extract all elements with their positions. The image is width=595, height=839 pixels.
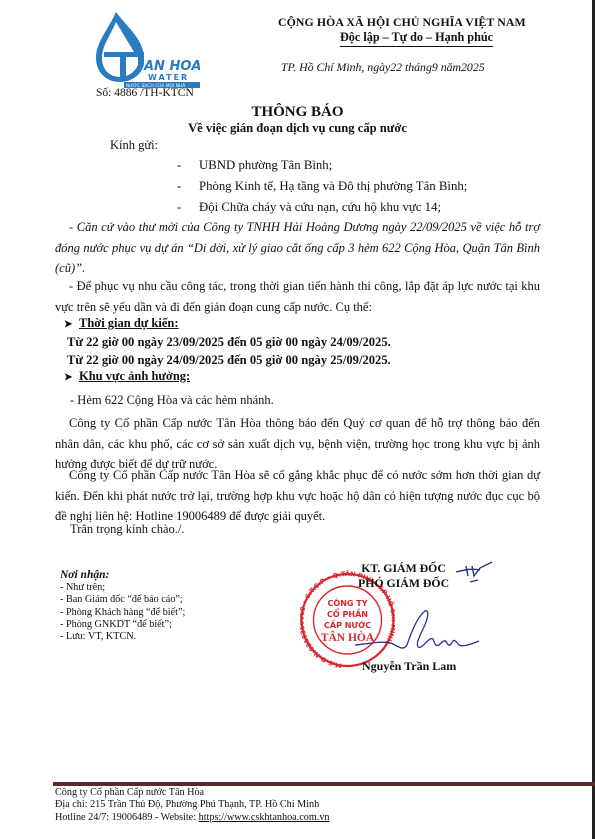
affected-area: - Hẻm 622 Cộng Hòa và các hẻm nhánh. — [70, 393, 274, 408]
initial-mark — [450, 558, 500, 588]
time-range-list: Từ 22 giờ 00 ngày 23/09/2025 đến 05 giờ … — [67, 333, 391, 369]
handwritten-signature — [355, 607, 485, 657]
section-time-heading: ➤Thời gian dự kiến: — [64, 316, 179, 331]
signature-scribble-icon — [355, 607, 485, 657]
national-heading: CỘNG HÒA XÃ HỘI CHỦ NGHĨA VIỆT NAM — [278, 15, 526, 30]
time-range-item: Từ 22 giờ 00 ngày 23/09/2025 đến 05 giờ … — [67, 333, 391, 351]
purpose-paragraph: - Để phục vụ nhu cầu công tác, trong thờ… — [55, 276, 540, 317]
website-link[interactable]: https://www.cskhtanhoa.com.vn — [199, 812, 330, 823]
closing-line: Trân trọng kính chào./. — [70, 522, 184, 537]
recipient-item: -Đội Chữa cháy và cứu nạn, cứu hộ khu vự… — [177, 197, 467, 218]
greeting: Kính gửi: — [110, 138, 158, 153]
receivers-block: Nơi nhận: - Như trên; - Ban Giám đốc “để… — [60, 568, 185, 643]
footer-company: Công ty Cổ phần Cấp nước Tân Hòa — [55, 787, 330, 799]
arrow-bullet-icon: ➤ — [64, 372, 79, 383]
notice-title: THÔNG BÁO — [0, 104, 595, 121]
footer-contact: Hotline 24/7: 19006489 - Website: https:… — [55, 812, 330, 824]
receiver-item: - Như trên; — [60, 582, 185, 594]
footer-rule — [53, 782, 595, 786]
signature-role-line2: PHÓ GIÁM ĐỐC — [358, 576, 449, 591]
receiver-item: - Phòng GNKDT “để biết”; — [60, 619, 185, 631]
arrow-bullet-icon: ➤ — [64, 319, 79, 330]
recipient-list: -UBND phường Tân Bình; -Phòng Kinh tế, H… — [177, 155, 467, 218]
basis-paragraph: - Căn cứ vào thư mời của Công ty TNHH Hả… — [55, 217, 540, 279]
footer-address: Địa chỉ: 215 Trần Thủ Độ, Phường Phú Thạ… — [55, 799, 330, 811]
svg-text:WATER: WATER — [148, 73, 189, 82]
effort-paragraph: Công ty Cổ phần Cấp nước Tân Hòa sẽ cố g… — [55, 465, 540, 527]
receiver-item: - Ban Giám đốc “để báo cáo”; — [60, 594, 185, 606]
receiver-item: - Phòng Khách hàng “để biết”; — [60, 607, 185, 619]
document-number: Số: 4886 /TH-KTCN — [96, 87, 194, 99]
receivers-heading: Nơi nhận: — [60, 568, 185, 582]
initials-scribble-icon — [450, 558, 500, 588]
date-line: TP. Hồ Chí Minh, ngày22 tháng9 năm2025 — [281, 60, 485, 75]
time-range-item: Từ 22 giờ 00 ngày 24/09/2025 đến 05 giờ … — [67, 351, 391, 369]
svg-text:AN HOA: AN HOA — [143, 59, 200, 74]
national-motto: Độc lập – Tự do – Hạnh phúc — [340, 30, 493, 47]
company-logo: AN HOA WATER NƯỚC SẠCH CỦA MỌI NHÀ — [88, 8, 200, 88]
recipient-item: -Phòng Kinh tế, Hạ tầng và Đô thị phường… — [177, 176, 467, 197]
footer-block: Công ty Cổ phần Cấp nước Tân Hòa Địa chỉ… — [55, 787, 330, 824]
recipient-item: -UBND phường Tân Bình; — [177, 155, 467, 176]
notice-subtitle: Về việc gián đoạn dịch vụ cung cấp nước — [0, 121, 595, 136]
signer-name: Nguyễn Trần Lam — [362, 659, 456, 674]
receiver-item: - Lưu: VT, KTCN. — [60, 631, 185, 643]
signature-role: KT. GIÁM ĐỐC PHÓ GIÁM ĐỐC — [358, 561, 449, 590]
section-area-heading: ➤Khu vực ảnh hưởng: — [64, 369, 190, 384]
water-drop-logo-icon: AN HOA WATER NƯỚC SẠCH CỦA MỌI NHÀ — [88, 8, 200, 88]
signature-role-line1: KT. GIÁM ĐỐC — [358, 561, 449, 576]
